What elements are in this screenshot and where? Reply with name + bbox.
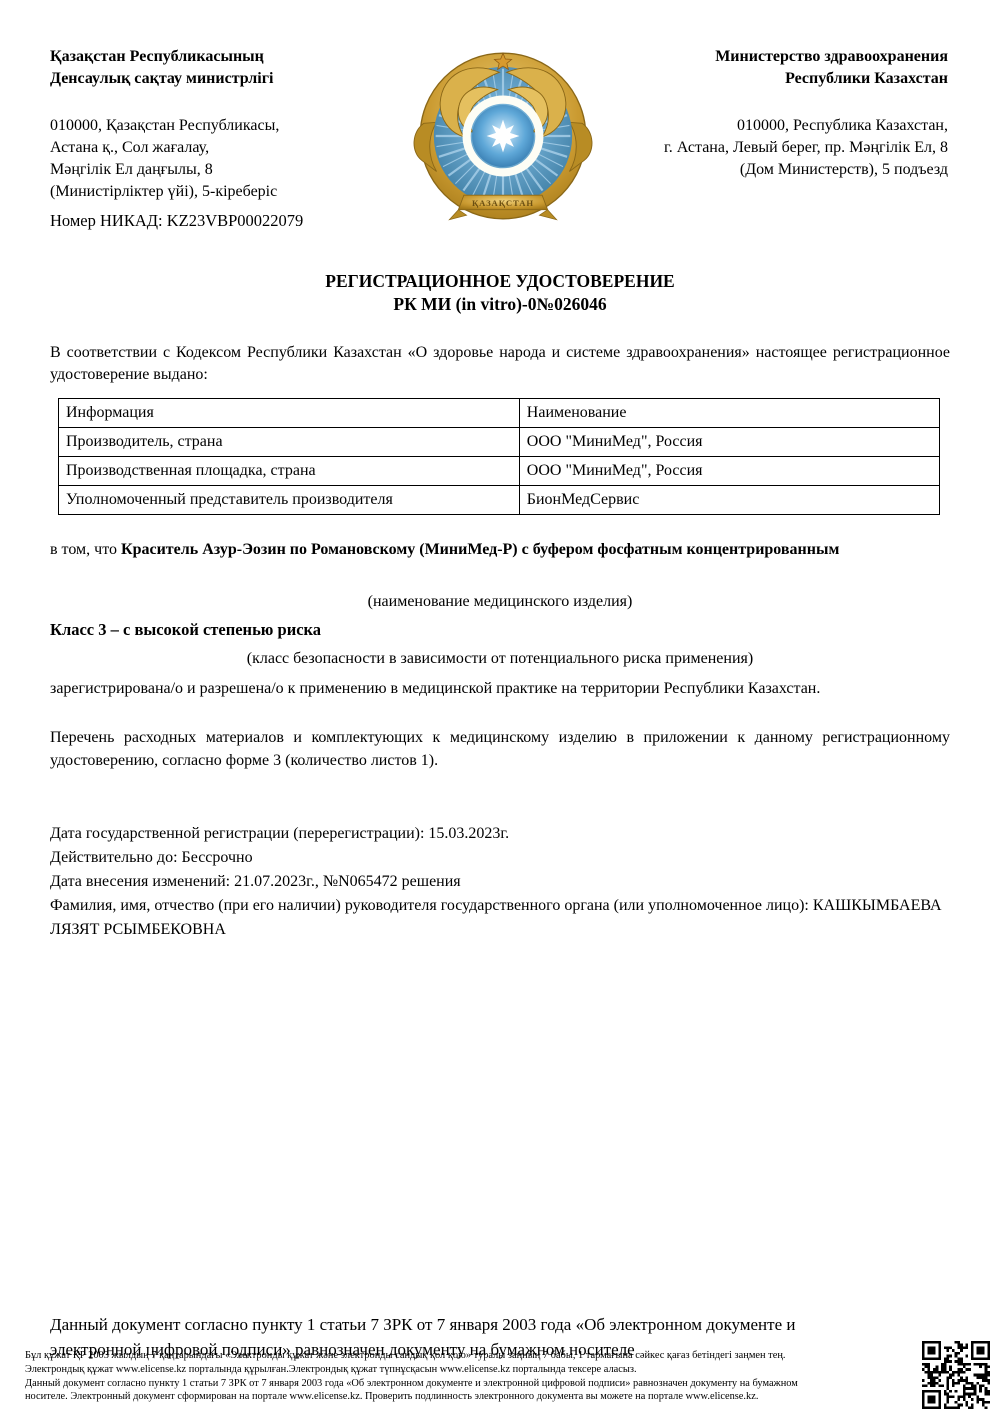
address-line: (Министірліктер үйі), 5-кіреберіс [50, 181, 395, 203]
fine-print-line-ru2: носителе. Электронный документ сформиров… [25, 1390, 920, 1404]
intro-paragraph: В соответствии с Кодексом Республики Каз… [50, 342, 950, 385]
fine-print-line-kk1: Бұл құжат ҚР 2003 жылдың 7 қаңтарындағы … [25, 1349, 920, 1363]
address-line: Астана қ., Сол жағалау, [50, 137, 395, 159]
address-line: 010000, Қазақстан Республикасы, [50, 115, 395, 137]
official-name-line: Фамилия, имя, отчество (при его наличии)… [50, 894, 960, 942]
document-title: РЕГИСТРАЦИОННОЕ УДОСТОВЕРЕНИЕ РК МИ (in … [0, 270, 1000, 316]
table-row: Производственная площадка, страна ООО "М… [59, 457, 940, 486]
table-cell: Наименование [519, 399, 939, 428]
table-cell: Производственная площадка, страна [59, 457, 520, 486]
risk-class-caption: (класс безопасности в зависимости от пот… [0, 650, 1000, 668]
registration-details: Дата государственной регистрации (перере… [50, 822, 960, 942]
table-cell: ООО "МиниМед", Россия [519, 428, 939, 457]
table-cell: Уполномоченный представитель производите… [59, 486, 520, 515]
address-line: 010000, Республика Казахстан, [548, 115, 948, 137]
product-name-caption: (наименование медицинского изделия) [0, 593, 1000, 611]
ministry-title-ru: Министерство здравоохранения Республики … [548, 46, 948, 90]
address-line: Мәңгілік Ел даңғылы, 8 [50, 159, 395, 181]
ministry-address-ru: 010000, Республика Казахстан, г. Астана,… [548, 115, 948, 181]
table-row: Производитель, страна ООО "МиниМед", Рос… [59, 428, 940, 457]
legal-statement-line1: Данный документ согласно пункту 1 статьи… [50, 1312, 955, 1337]
fine-print-line-ru1: Данный документ согласно пункту 1 статьи… [25, 1377, 920, 1391]
table-cell: ООО "МиниМед", Россия [519, 457, 939, 486]
ministry-header-russian: Министерство здравоохранения Республики … [548, 46, 948, 181]
address-line: (Дом Министерств), 5 подъезд [548, 159, 948, 181]
table-cell: Производитель, страна [59, 428, 520, 457]
fine-print-line-kk2: Электрондық құжат www.elicense.kz портал… [25, 1363, 920, 1377]
product-name: Краситель Азур-Эозин по Романовскому (Ми… [121, 541, 839, 558]
registered-paragraph: зарегистрирована/о и разрешена/о к приме… [50, 677, 950, 700]
ministry-title-kk-line1: Қазақстан Республикасының [50, 46, 395, 68]
ministry-address-kk: 010000, Қазақстан Республикасы, Астана қ… [50, 115, 395, 203]
qr-code [922, 1341, 990, 1409]
ministry-header-kazakh: Қазақстан Республикасының Денсаулық сақт… [50, 46, 395, 232]
emblem-banner-text: ҚАЗАҚСТАН [472, 198, 534, 208]
product-statement: в том, что Краситель Азур-Эозин по Роман… [50, 538, 950, 561]
document-number: РК МИ (in vitro)-0№026046 [0, 293, 1000, 316]
nikad-number: Номер НИКАД: KZ23VBP00022079 [50, 210, 395, 232]
table-cell: БионМедСервис [519, 486, 939, 515]
ministry-title-ru-line1: Министерство здравоохранения [548, 46, 948, 68]
risk-class-label: Класс 3 – с высокой степенью риска [50, 620, 950, 640]
valid-until-line: Действительно до: Бессрочно [50, 846, 960, 870]
address-line: г. Астана, Левый берег, пр. Мәңгілік Ел,… [548, 137, 948, 159]
product-statement-prefix: в том, что [50, 541, 121, 558]
amendment-date-line: Дата внесения изменений: 21.07.2023г., №… [50, 870, 960, 894]
table-row: Информация Наименование [59, 399, 940, 428]
table-row: Уполномоченный представитель производите… [59, 486, 940, 515]
manufacturer-table: Информация Наименование Производитель, с… [58, 398, 940, 515]
document-title-line1: РЕГИСТРАЦИОННОЕ УДОСТОВЕРЕНИЕ [0, 270, 1000, 293]
annex-paragraph: Перечень расходных материалов и комплект… [50, 726, 950, 772]
registration-date-line: Дата государственной регистрации (перере… [50, 822, 960, 846]
ministry-title-kk-line2: Денсаулық сақтау министрлігі [50, 68, 395, 90]
fine-print: Бұл құжат ҚР 2003 жылдың 7 қаңтарындағы … [25, 1349, 920, 1404]
table-cell: Информация [59, 399, 520, 428]
ministry-title-kk: Қазақстан Республикасының Денсаулық сақт… [50, 46, 395, 90]
registration-certificate-page: Қазақстан Республикасының Денсаулық сақт… [0, 0, 1000, 1415]
ministry-title-ru-line2: Республики Казахстан [548, 68, 948, 90]
